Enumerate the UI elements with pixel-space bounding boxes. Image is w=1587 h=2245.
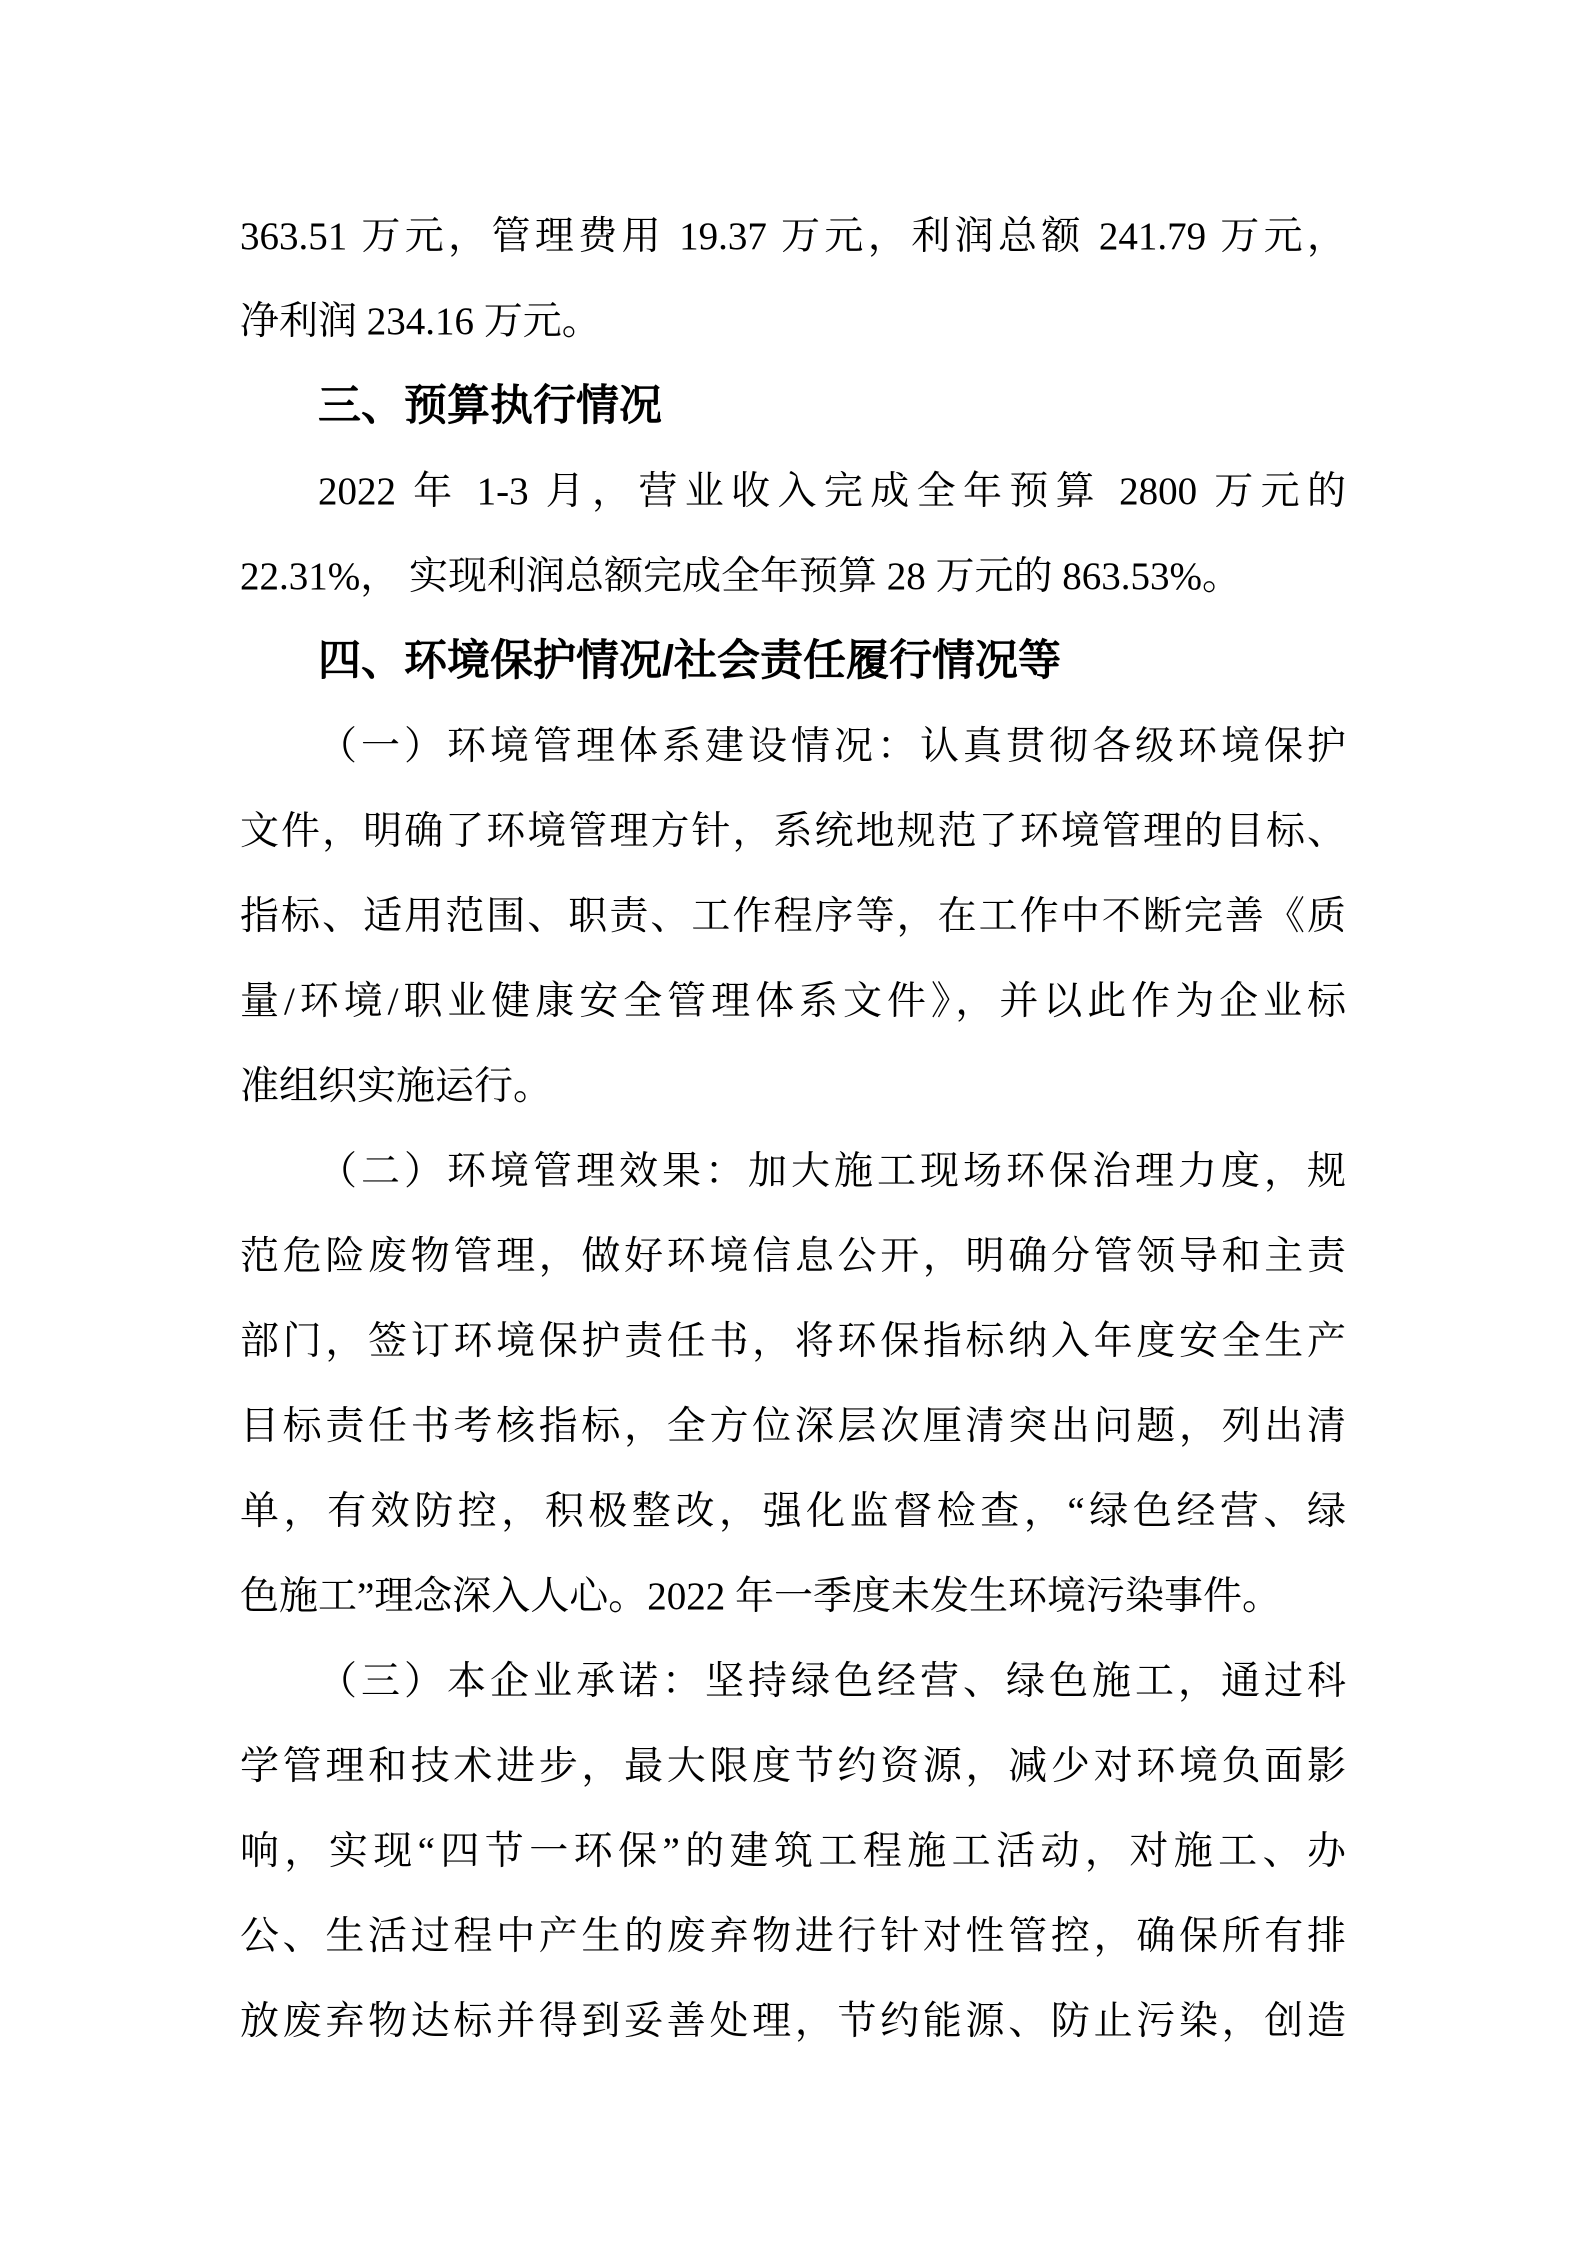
- text-line: 学管理和技术进步，最大限度节约资源，减少对环境负面影: [240, 1724, 1346, 1809]
- text-line: 22.31%， 实现利润总额完成全年预算 28 万元的 863.53%。: [240, 534, 1346, 619]
- text-block: 363.51 万元，管理费用 19.37 万元，利润总额 241.79 万元， …: [240, 194, 1346, 2064]
- text-line: 部门，签订环境保护责任书，将环保指标纳入年度安全生产: [240, 1299, 1346, 1384]
- text-line: 净利润 234.16 万元。: [240, 279, 1346, 364]
- text-line: （三）本企业承诺：坚持绿色经营、绿色施工，通过科: [240, 1639, 1346, 1724]
- text-line: 363.51 万元，管理费用 19.37 万元，利润总额 241.79 万元，: [240, 194, 1346, 279]
- document-page: 363.51 万元，管理费用 19.37 万元，利润总额 241.79 万元， …: [0, 0, 1587, 2245]
- text-line: （一）环境管理体系建设情况：认真贯彻各级环境保护: [240, 704, 1346, 789]
- text-line: 目标责任书考核指标，全方位深层次厘清突出问题，列出清: [240, 1384, 1346, 1469]
- text-line: 响，实现“四节一环保”的建筑工程施工活动，对施工、办: [240, 1809, 1346, 1894]
- text-line: 2022 年 1-3 月，营业收入完成全年预算 2800 万元的: [240, 449, 1346, 534]
- text-line: 量/环境/职业健康安全管理体系文件》，并以此作为企业标: [240, 959, 1346, 1044]
- text-line: （二）环境管理效果：加大施工现场环保治理力度，规: [240, 1129, 1346, 1214]
- section-heading-4: 四、环境保护情况/社会责任履行情况等: [240, 619, 1346, 704]
- text-line: 范危险废物管理，做好环境信息公开，明确分管领导和主责: [240, 1214, 1346, 1299]
- text-line: 指标、适用范围、职责、工作程序等，在工作中不断完善《质: [240, 874, 1346, 959]
- text-line: 公、生活过程中产生的废弃物进行针对性管控，确保所有排: [240, 1894, 1346, 1979]
- text-line: 单，有效防控，积极整改，强化监督检查，“绿色经营、绿: [240, 1469, 1346, 1554]
- text-line: 放废弃物达标并得到妥善处理，节约能源、防止污染，创造: [240, 1979, 1346, 2064]
- text-line: 色施工”理念深入人心。2022 年一季度未发生环境污染事件。: [240, 1554, 1346, 1639]
- text-line: 准组织实施运行。: [240, 1044, 1346, 1129]
- section-heading-3: 三、预算执行情况: [240, 364, 1346, 449]
- text-line: 文件，明确了环境管理方针，系统地规范了环境管理的目标、: [240, 789, 1346, 874]
